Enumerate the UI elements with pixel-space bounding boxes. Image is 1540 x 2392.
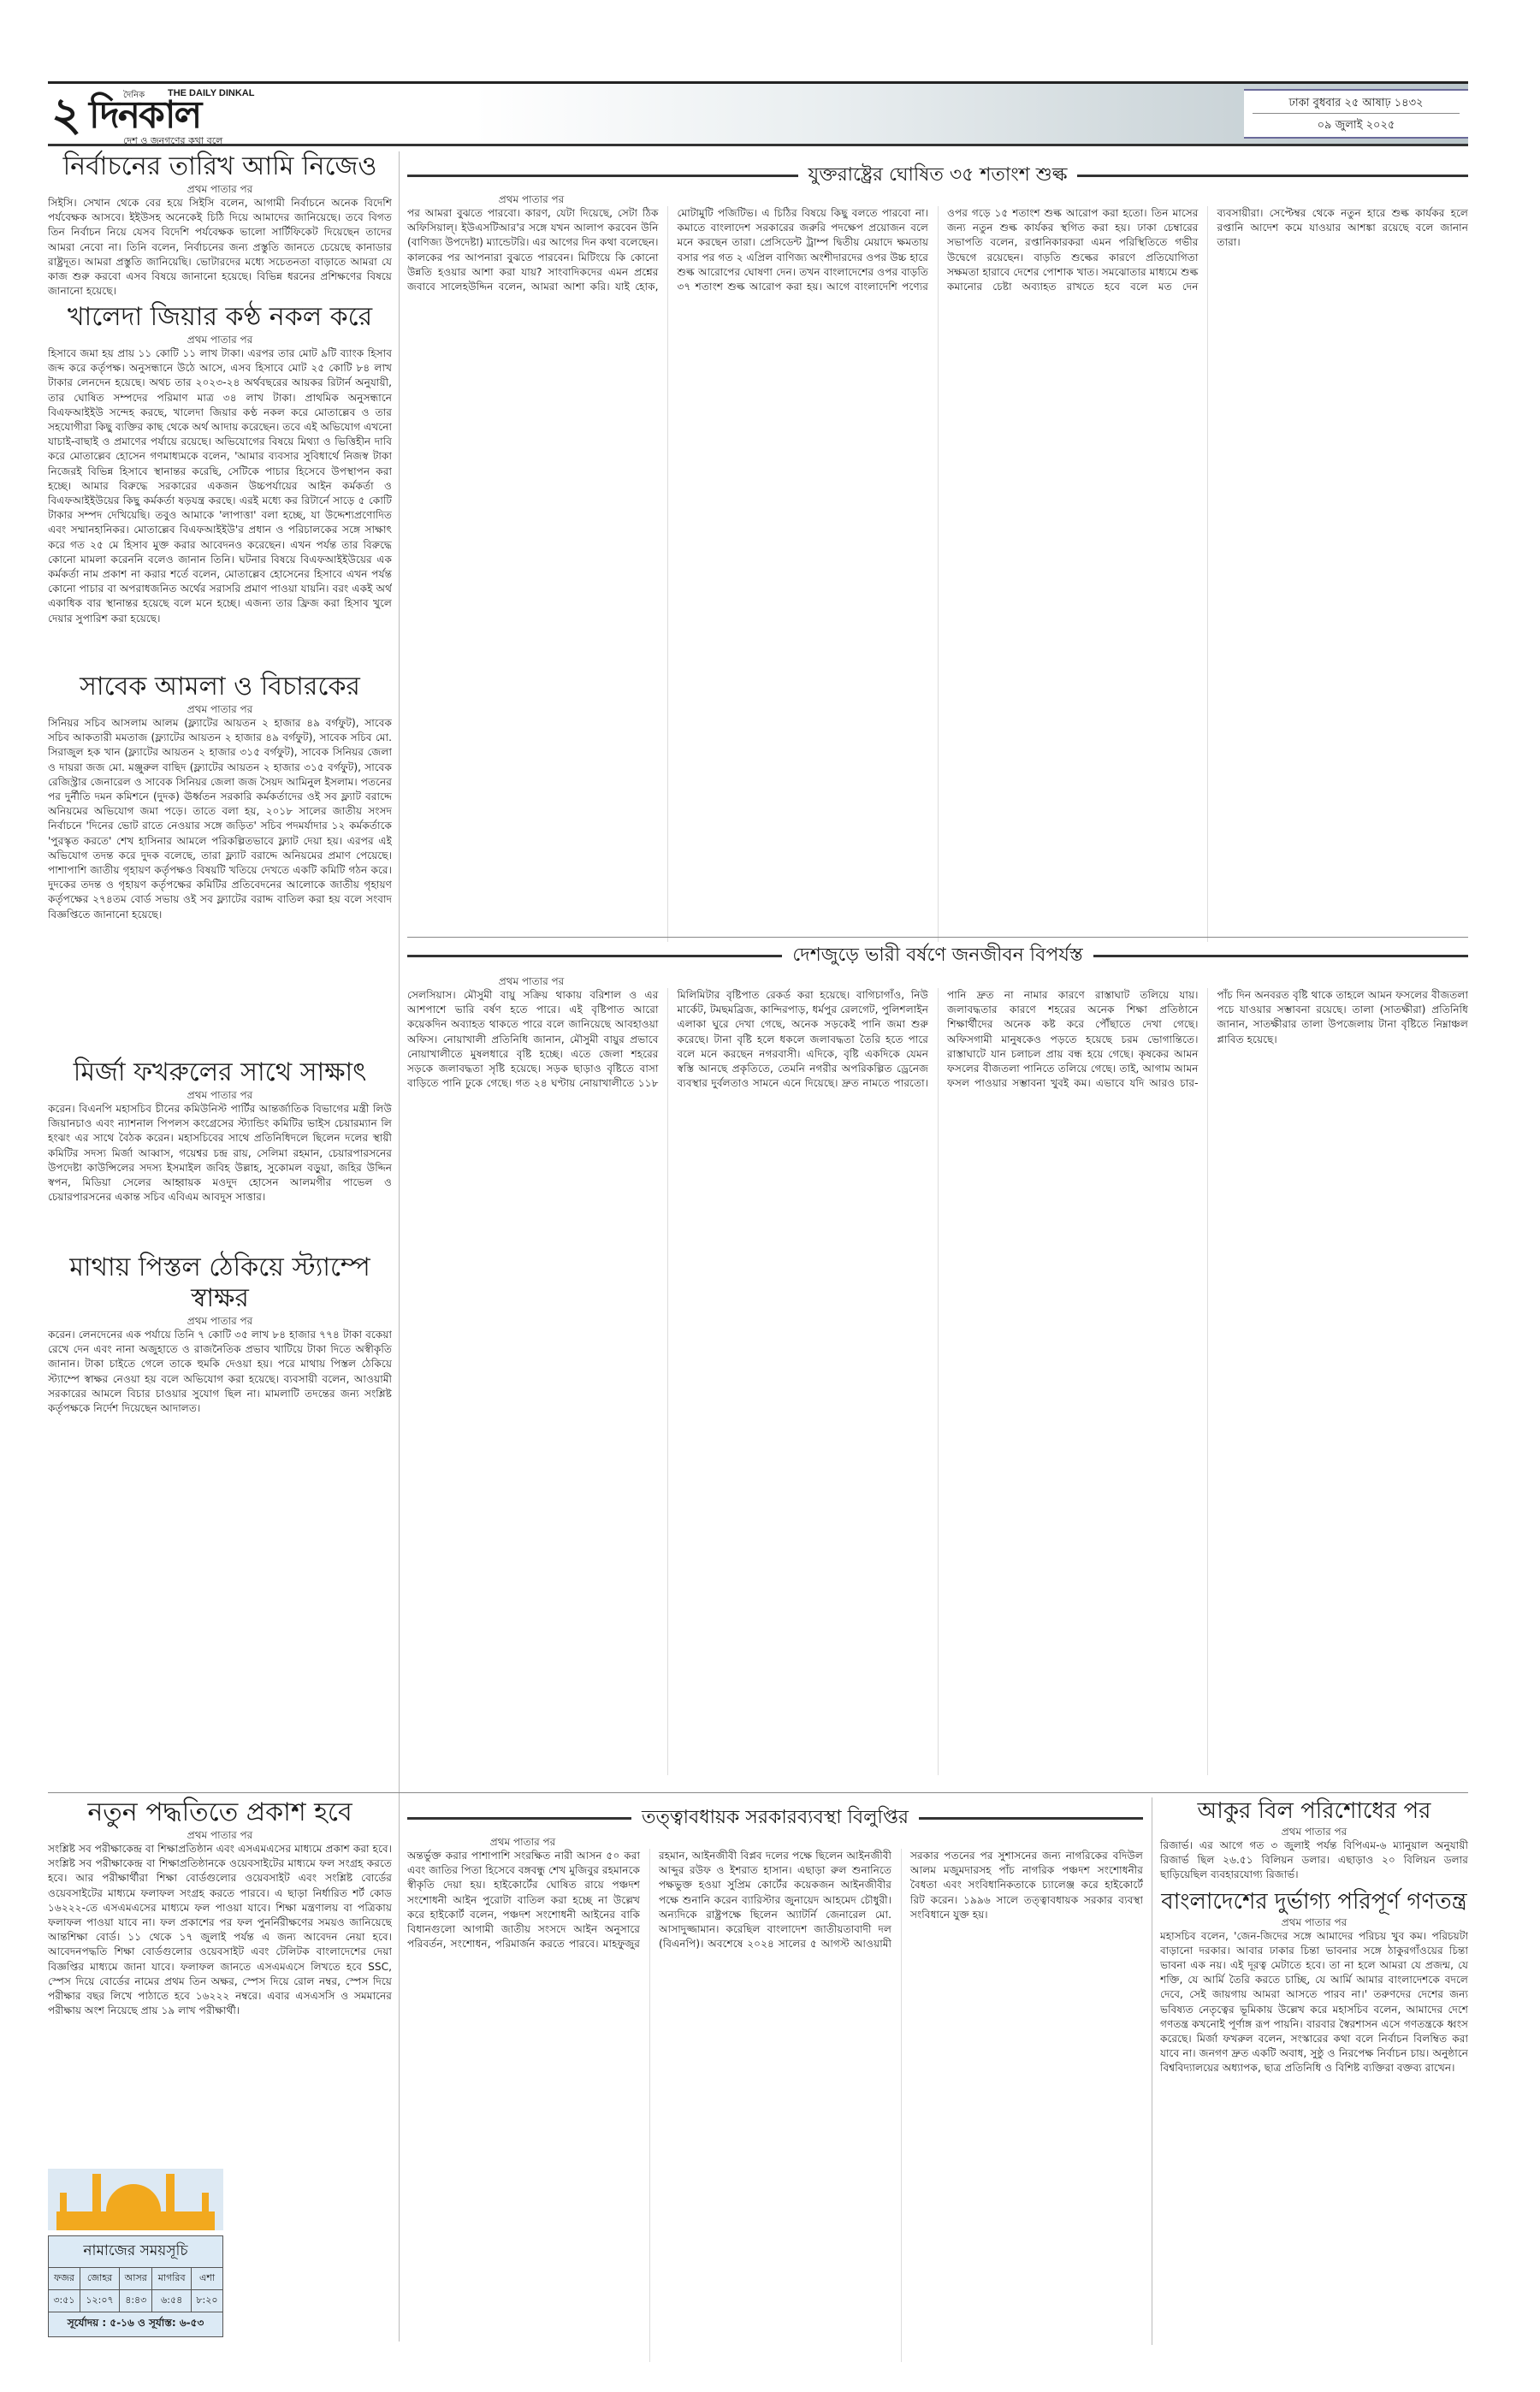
page-number: ২: [51, 89, 81, 140]
section-header-caretaker: তত্ত্বাবধায়ক সরকারব্যবস্থা বিলুপ্তির: [407, 1803, 1143, 1834]
prayer-time-fajr: ৩:৫১: [49, 2290, 80, 2312]
newspaper-page: ২ দৈনিক THE DAILY DINKAL দিনকাল দেশ ও জন…: [48, 81, 1468, 2374]
jump-label: প্রথম পাতার পর: [407, 974, 655, 988]
section-title: তত্ত্বাবধায়ক সরকারব্যবস্থা বিলুপ্তির: [642, 1803, 909, 1834]
article-body: সিনিয়র সচিব আসলাম আলম (ফ্ল্যাটের আয়তন …: [48, 716, 392, 1054]
jump-label: প্রথম পাতার পর: [407, 192, 655, 206]
column-divider: [399, 151, 400, 2342]
article-body: রিজার্ভ। এর আগে গত ৩ জুলাই পর্যন্ত বিপিএ…: [1160, 1838, 1468, 1883]
article-headline: মাথায় পিস্তল ঠেকিয়ে স্ট্যাম্পে স্বাক্ষ…: [48, 1252, 392, 1314]
section-divider: [407, 937, 1468, 938]
sunrise-sunset: সূর্যোদয় : ৫-১৬ ও সূর্যাস্ত: ৬-৫৩: [49, 2312, 223, 2337]
jump-label: প্রথম পাতার পর: [407, 1835, 638, 1849]
prayer-name-zuhr: জোহর: [80, 2268, 119, 2290]
prayer-times-table: নামাজের সময়সূচি ফজর জোহর আসর মাগরিব এশা…: [48, 2235, 223, 2337]
prayer-time-maghrib: ৬:৫৪: [152, 2290, 192, 2312]
article-body: সেলসিয়াস। মৌসুমী বায়ু সক্রিয় থাকায় ব…: [407, 988, 1468, 1775]
prayer-time-isha: ৮:২০: [192, 2290, 223, 2312]
article-mirza: মির্জা ফখরুলের সাথে সাক্ষাৎ প্রথম পাতার …: [48, 1057, 392, 1249]
mosque-illustration: [48, 2169, 223, 2230]
article-body: সিইসি। সেখান থেকে বের হয়ে সিইসি বলেন, আ…: [48, 196, 392, 299]
newspaper-logo: দৈনিক THE DAILY DINKAL দিনকাল দেশ ও জনগণ…: [89, 87, 287, 144]
jump-label: প্রথম পাতার পর: [48, 182, 392, 196]
jump-label: প্রথম পাতার পর: [48, 333, 392, 346]
logo-tagline: দেশ ও জনগণের কথা বলে: [123, 133, 222, 150]
prayer-times-box: নামাজের সময়সূচি ফজর জোহর আসর মাগরিব এশা…: [48, 2169, 223, 2337]
article-akur: আকুর বিল পরিশোধের পর প্রথম পাতার পর রিজা…: [1160, 1797, 1468, 1883]
jump-label: প্রথম পাতার পর: [48, 1314, 392, 1328]
article-headline: বাংলাদেশের দুর্ভাগ্য পরিপূর্ণ গণতন্ত্র: [1160, 1888, 1468, 1915]
article-body: করেন। লেনদেনের এক পর্যায়ে তিনি ৭ কোটি ৩…: [48, 1328, 392, 1702]
article-headline: আকুর বিল পরিশোধের পর: [1160, 1797, 1468, 1825]
prayer-name-maghrib: মাগরিব: [152, 2268, 192, 2290]
column-divider: [1152, 1797, 1152, 2345]
article-rain: প্রথম পাতার পর সেলসিয়াস। মৌসুমী বায়ু স…: [407, 974, 1468, 1775]
section-header-tariff: যুক্তরাষ্ট্রের ঘোষিত ৩৫ শতাংশ শুল্ক: [407, 160, 1468, 192]
prayer-name-asr: আসর: [120, 2268, 152, 2290]
article-body: হিসাবে জমা হয় প্রায় ১১ কোটি ১১ লাখ টাক…: [48, 346, 392, 668]
prayer-name-fajr: ফজর: [49, 2268, 80, 2290]
article-headline: নির্বাচনের তারিখ আমি নিজেও: [48, 151, 392, 182]
article-body: করেন। বিএনপি মহাসচিব চীনের কমিউনিস্ট পার…: [48, 1102, 392, 1249]
header-rule: [919, 1817, 1143, 1820]
article-result: নতুন পদ্ধতিতে প্রকাশ হবে প্রথম পাতার পর …: [48, 1797, 392, 2158]
header-rule: [407, 1817, 631, 1820]
article-headline: খালেদা জিয়ার কণ্ঠ নকল করে: [48, 302, 392, 333]
article-caretaker: প্রথম পাতার পর অন্তর্ভুক্ত করার পাশাপাশি…: [407, 1835, 1143, 2362]
article-headline: সাবেক আমলা ও বিচারকের: [48, 672, 392, 702]
section-title: যুক্তরাষ্ট্রের ঘোষিত ৩৫ শতাংশ শুল্ক: [808, 160, 1068, 192]
header-rule: [407, 175, 798, 177]
jump-label: প্রথম পাতার পর: [48, 702, 392, 716]
left-column: নির্বাচনের তারিখ আমি নিজেও প্রথম পাতার প…: [48, 151, 392, 1702]
article-body: মহাসচিব বলেন, 'জেন-জিদের সঙ্গে আমাদের পর…: [1160, 1929, 1468, 2340]
article-pistol: মাথায় পিস্তল ঠেকিয়ে স্ট্যাম্পে স্বাক্ষ…: [48, 1252, 392, 1702]
prayer-time-zuhr: ১২:০৭: [80, 2290, 119, 2312]
article-tariff: প্রথম পাতার পর পর আমরা বুঝতে পারবো। কারণ…: [407, 192, 1468, 942]
header-rule: [407, 955, 782, 957]
jump-label: প্রথম পাতার পর: [48, 1088, 392, 1102]
article-amla: সাবেক আমলা ও বিচারকের প্রথম পাতার পর সিন…: [48, 672, 392, 1054]
header-rule: [1077, 175, 1468, 177]
jump-label: প্রথম পাতার পর: [1160, 1915, 1468, 1929]
date-english: ০৯ জুলাই ২০২৫: [1244, 114, 1468, 135]
jump-label: প্রথম পাতার পর: [48, 1828, 392, 1842]
article-body: অন্তর্ভুক্ত করার পাশাপাশি সংরক্ষিত নারী …: [407, 1849, 1143, 2362]
jump-label: প্রথম পাতার পর: [1160, 1825, 1468, 1838]
article-headline: মির্জা ফখরুলের সাথে সাক্ষাৎ: [48, 1057, 392, 1088]
section-header-rain: দেশজুড়ে ভারী বর্ষণে জনজীবন বিপর্যস্ত: [407, 940, 1468, 972]
prayer-title: নামাজের সময়সূচি: [49, 2236, 223, 2268]
date-bangla: ঢাকা বুধবার ২৫ আষাঢ় ১৪৩২: [1253, 91, 1460, 114]
article-body: পর আমরা বুঝতে পারবো। কারণ, যেটা দিয়েছে,…: [407, 206, 1468, 942]
section-divider: [48, 1792, 1468, 1793]
section-title: দেশজুড়ে ভারী বর্ষণে জনজীবন বিপর্যস্ত: [792, 940, 1083, 972]
prayer-name-isha: এশা: [192, 2268, 223, 2290]
article-body: সংশ্লিষ্ট সব পরীক্ষাকেন্দ্র বা শিক্ষাপ্র…: [48, 1842, 392, 2158]
date-box: ঢাকা বুধবার ২৫ আষাঢ় ১৪৩২ ০৯ জুলাই ২০২৫: [1244, 89, 1468, 139]
masthead: ২ দৈনিক THE DAILY DINKAL দিনকাল দেশ ও জন…: [48, 81, 1468, 146]
article-election: নির্বাচনের তারিখ আমি নিজেও প্রথম পাতার প…: [48, 151, 392, 299]
right-bottom-column: আকুর বিল পরিশোধের পর প্রথম পাতার পর রিজা…: [1160, 1797, 1468, 2340]
article-headline: নতুন পদ্ধতিতে প্রকাশ হবে: [48, 1797, 392, 1828]
header-rule: [1093, 955, 1468, 957]
prayer-time-asr: ৪:৪৩: [120, 2290, 152, 2312]
logo-name: দিনকাল: [89, 96, 200, 135]
article-khaleda: খালেদা জিয়ার কণ্ঠ নকল করে প্রথম পাতার প…: [48, 302, 392, 668]
article-democracy: বাংলাদেশের দুর্ভাগ্য পরিপূর্ণ গণতন্ত্র প…: [1160, 1888, 1468, 2340]
